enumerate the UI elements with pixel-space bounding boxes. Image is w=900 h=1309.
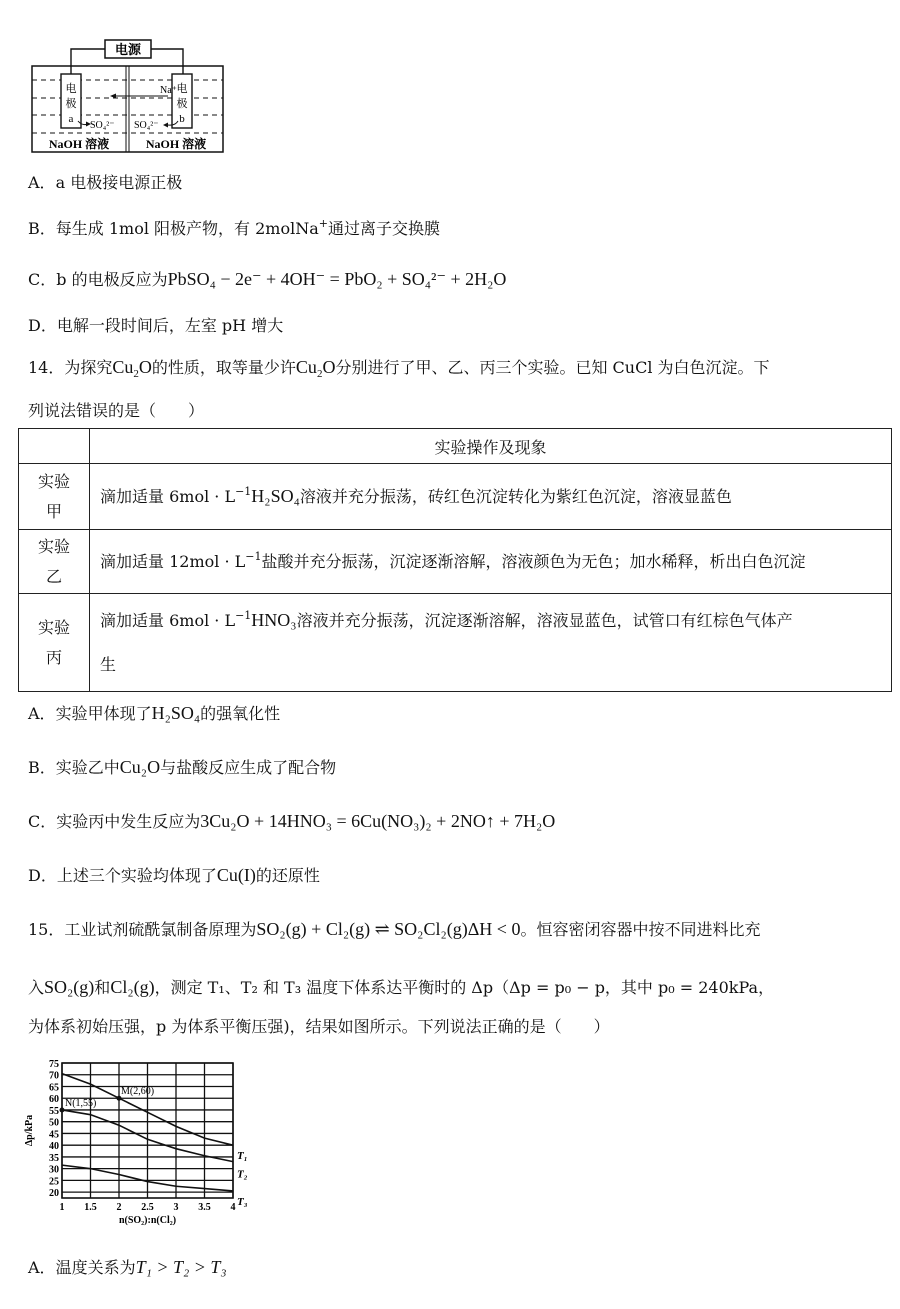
option-text: b 的电极反应为 (56, 270, 167, 289)
svg-text:2.5: 2.5 (141, 1202, 154, 1213)
question-number: 15． (28, 920, 64, 939)
svg-text:极: 极 (66, 96, 77, 110)
option-label: A． (28, 173, 56, 192)
option-label: A． (28, 1258, 56, 1277)
superscript: + (319, 217, 328, 230)
svg-text:电源: 电源 (115, 42, 142, 58)
svg-text:1: 1 (60, 1202, 65, 1213)
svg-text:a: a (69, 113, 74, 125)
row-content: 滴加适量 6mol · L−1H₂SO₄溶液并充分振荡，砖红色沉淀转化为紫红色沉… (90, 464, 892, 530)
option-label: C． (28, 812, 56, 831)
stem-text: 的性质，取等量少许 (152, 358, 296, 377)
q13-option-a: A．a 电极接电源正极 (28, 172, 182, 194)
svg-text:NaOH 溶液: NaOH 溶液 (49, 136, 109, 151)
svg-text:40: 40 (49, 1141, 59, 1152)
table-row: 实验丙 滴加适量 6mol · L−1HNO₃溶液并充分振荡，沉淀逐渐溶解，溶液… (19, 594, 892, 692)
stem-text: 入 (28, 978, 44, 997)
option-text: 温度关系为 (56, 1258, 136, 1277)
chem-formula: T₁ > T₂ > T₃ (136, 1257, 227, 1277)
q13-option-c: C．b 的电极反应为PbSO₄ − 2e⁻ + 4OH⁻ = PbO₂ + SO… (28, 268, 506, 291)
svg-text:n(SO₂):n(Cl₂): n(SO₂):n(Cl₂) (119, 1215, 176, 1226)
svg-text:25: 25 (49, 1176, 59, 1187)
stem-text: 工业试剂硫酰氯制备原理为 (64, 920, 256, 939)
q15-option-a: A．温度关系为T₁ > T₂ > T₃ (28, 1256, 227, 1279)
svg-text:70: 70 (49, 1071, 59, 1082)
delta-p-line-chart: 20253035404550556065707511.522.533.54T₁T… (20, 1050, 260, 1230)
header-empty-cell (19, 429, 90, 464)
svg-text:1.5: 1.5 (84, 1202, 97, 1213)
q14-option-a: A．实验甲体现了H₂SO₄的强氧化性 (28, 702, 280, 725)
stem-text: 和 (94, 978, 110, 997)
chem-formula: Cl₂(g) (110, 977, 154, 997)
svg-text:50: 50 (49, 1118, 59, 1129)
svg-text:45: 45 (49, 1129, 59, 1140)
svg-text:30: 30 (49, 1165, 59, 1176)
svg-text:Δp/kPa: Δp/kPa (24, 1115, 35, 1146)
svg-text:65: 65 (49, 1082, 59, 1093)
svg-text:电: 电 (177, 81, 188, 95)
q14-option-b: B．实验乙中Cu₂O与盐酸反应生成了配合物 (28, 756, 336, 779)
option-text: 上述三个实验均体现了 (57, 866, 217, 885)
q14-option-d: D．上述三个实验均体现了Cu(I)的还原性 (28, 864, 320, 887)
electrolysis-cell-diagram: 电源 电 极 a 电 极 b Na⁺ SO₄²⁻ SO₄²⁻ NaOH 溶液 N… (30, 14, 230, 159)
svg-text:SO₄²⁻: SO₄²⁻ (134, 120, 159, 131)
option-text: 电解一段时间后，左室 pH 增大 (57, 316, 283, 335)
row-label: 实验丙 (19, 594, 90, 692)
svg-text:NaOH 溶液: NaOH 溶液 (146, 136, 206, 151)
row-label: 实验乙 (19, 530, 90, 594)
option-text: 与盐酸反应生成了配合物 (160, 758, 336, 777)
stem-text: 为探究 (64, 358, 112, 377)
q14-stem-line1: 14．为探究Cu2O的性质，取等量少许Cu2O分别进行了甲、乙、丙三个实验。已知… (28, 356, 770, 379)
option-text: 的强氧化性 (200, 704, 280, 723)
svg-text:4: 4 (231, 1202, 236, 1213)
svg-text:T₂: T₂ (237, 1169, 248, 1181)
stem-text: 。恒容密闭容器中按不同进料比充 (520, 920, 760, 939)
option-text: a 电极接电源正极 (56, 173, 183, 192)
q14-stem-line2: 列说法错误的是（ ） (28, 400, 204, 422)
option-text: 每生成 1mol 阳极产物，有 2molNa (56, 219, 319, 238)
table-row: 实验甲 滴加适量 6mol · L−1H₂SO₄溶液并充分振荡，砖红色沉淀转化为… (19, 464, 892, 530)
svg-text:2: 2 (117, 1202, 122, 1213)
chem-formula: SO₂(g) (44, 977, 94, 997)
chem-equation: 3Cu₂O + 14HNO₃ = 6Cu(NO₃)₂ + 2NO↑ + 7H₂O (200, 811, 555, 831)
option-label: B． (28, 219, 56, 238)
svg-text:电: 电 (66, 81, 77, 95)
svg-text:35: 35 (49, 1153, 59, 1164)
svg-text:b: b (179, 113, 185, 125)
svg-text:Na⁺: Na⁺ (160, 85, 177, 96)
header-cell: 实验操作及现象 (90, 429, 892, 464)
q15-stem-line3: 为体系初始压强，p 为体系平衡压强)，结果如图所示。下列说法正确的是（ ） (28, 1016, 610, 1038)
svg-text:60: 60 (49, 1094, 59, 1105)
option-text: 实验乙中 (56, 758, 120, 777)
option-text: 实验丙中发生反应为 (56, 812, 200, 831)
svg-text:75: 75 (49, 1059, 59, 1070)
option-label: D． (28, 316, 57, 335)
svg-text:极: 极 (177, 96, 188, 110)
table-header-row: 实验操作及现象 (19, 429, 892, 464)
option-label: C． (28, 270, 56, 289)
svg-text:T₁: T₁ (237, 1150, 248, 1162)
option-text: 实验甲体现了 (56, 704, 152, 723)
option-label: A． (28, 704, 56, 723)
option-text: 通过离子交换膜 (328, 219, 440, 238)
svg-text:T₃: T₃ (237, 1196, 248, 1208)
option-label: B． (28, 758, 56, 777)
stem-text: 为体系初始压强，p 为体系平衡压强)，结果如图所示。下列说法正确的是（ ） (28, 1017, 610, 1036)
stem-text: 列说法错误的是（ ） (28, 401, 204, 420)
option-label: D． (28, 866, 57, 885)
svg-text:20: 20 (49, 1188, 59, 1199)
q13-option-b: B．每生成 1mol 阳极产物，有 2molNa+通过离子交换膜 (28, 218, 440, 240)
row-content: 滴加适量 6mol · L−1HNO₃溶液并充分振荡，沉淀逐渐溶解，溶液显蓝色，… (90, 594, 892, 692)
svg-text:M(2,60): M(2,60) (121, 1086, 154, 1097)
chem-formula: H₂SO₄ (152, 703, 201, 723)
experiment-table: 实验操作及现象 实验甲 滴加适量 6mol · L−1H₂SO₄溶液并充分振荡，… (18, 428, 892, 692)
row-label: 实验甲 (19, 464, 90, 530)
chem-equation: SO₂(g) + Cl₂(g) ⇌ SO₂Cl₂(g)ΔH < 0 (256, 919, 520, 939)
q13-option-d: D．电解一段时间后，左室 pH 增大 (28, 315, 283, 337)
svg-text:N(1,55): N(1,55) (65, 1098, 96, 1109)
chem-formula: Cu₂O (120, 757, 160, 777)
chem-equation: PbSO₄ − 2e⁻ + 4OH⁻ = PbO₂ + SO₄²⁻ + 2H₂O (168, 269, 507, 289)
svg-text:SO₄²⁻: SO₄²⁻ (90, 120, 115, 131)
option-text: 的还原性 (256, 866, 320, 885)
q14-option-c: C．实验丙中发生反应为3Cu₂O + 14HNO₃ = 6Cu(NO₃)₂ + … (28, 810, 555, 833)
chem-formula: Cu(I) (217, 865, 256, 885)
row-content: 滴加适量 12mol · L−1盐酸并充分振荡，沉淀逐渐溶解，溶液颜色为无色；加… (90, 530, 892, 594)
question-number: 14． (28, 358, 64, 377)
svg-text:3: 3 (174, 1202, 179, 1213)
chem-formula: Cu2O (112, 357, 152, 377)
stem-text: ，测定 T₁、T₂ 和 T₃ 温度下体系达平衡时的 Δp（Δp = p₀ − p… (155, 978, 774, 997)
table-row: 实验乙 滴加适量 12mol · L−1盐酸并充分振荡，沉淀逐渐溶解，溶液颜色为… (19, 530, 892, 594)
chem-formula: Cu2O (296, 357, 336, 377)
q15-stem-line1: 15．工业试剂硫酰氯制备原理为SO₂(g) + Cl₂(g) ⇌ SO₂Cl₂(… (28, 918, 760, 941)
stem-text: 分别进行了甲、乙、丙三个实验。已知 CuCl 为白色沉淀。下 (335, 358, 769, 377)
svg-text:3.5: 3.5 (198, 1202, 211, 1213)
q15-stem-line2: 入SO₂(g)和Cl₂(g)，测定 T₁、T₂ 和 T₃ 温度下体系达平衡时的 … (28, 976, 774, 999)
svg-text:55: 55 (49, 1106, 59, 1117)
